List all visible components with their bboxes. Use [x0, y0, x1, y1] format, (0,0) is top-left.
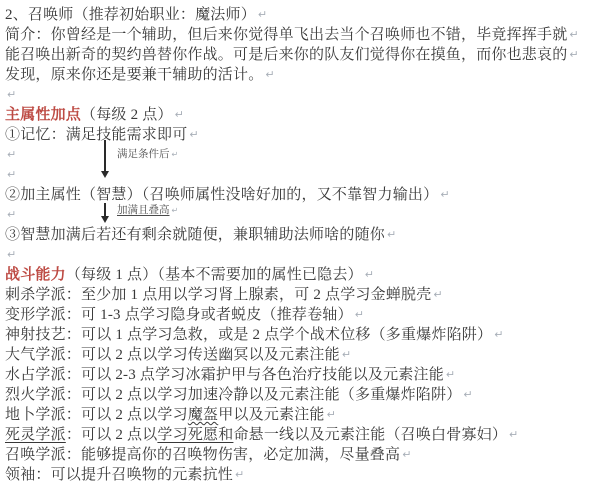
- text-segment: 变形学派：可 1-3 点学习隐身或者蜕皮（推荐卷轴）: [5, 307, 353, 323]
- paragraph-mark-icon: ↵: [440, 188, 449, 201]
- paragraph-mark-icon: ↵: [7, 248, 16, 261]
- text-line: 烈火学派：可以 2 点以学习加速冷静以及元素注能（多重爆炸陷阱）↵: [5, 385, 596, 405]
- paragraph-mark-icon: ↵: [172, 150, 179, 159]
- text-segment: 简介：你曾经是一个辅助，但后来你觉得单飞出去当个召唤师也不错，毕竟挥挥手就: [5, 27, 567, 43]
- paragraph-mark-icon: ↵: [172, 206, 179, 215]
- text-segment: 能召唤出新奇的契约兽替你作战。可是后来你的队友们觉得你在摸鱼，而你也悲哀的: [5, 47, 567, 63]
- paragraph-mark-icon: ↵: [7, 88, 16, 101]
- paragraph-mark-icon: ↵: [494, 328, 503, 341]
- document-page: 2、召唤师（推荐初始职业：魔法师）↵简介：你曾经是一个辅助，但后来你觉得单飞出去…: [0, 0, 600, 483]
- text-line: 大气学派：可以 2 点以学习传送幽冥以及元素注能↵: [5, 345, 596, 365]
- flow-arrow-down-icon: [104, 203, 106, 223]
- text-segment: 水占学派：可以 2-3 点学习冰霜护甲与各色治疗技能以及元素注能: [5, 367, 444, 383]
- text-segment: 命悬一线以及元素注能（召唤白骨寡妇）: [233, 427, 507, 443]
- paragraph-mark-icon: ↵: [569, 48, 578, 61]
- paragraph-mark-icon: ↵: [463, 388, 472, 401]
- arrow1-label-text: 满足条件后: [117, 149, 170, 160]
- text-line: 2、召唤师（推荐初始职业：魔法师）↵: [5, 5, 596, 25]
- paragraph-mark-icon: ↵: [365, 268, 374, 281]
- text-segment: 大气学派：可以 2 点以学习传送幽冥以及元素注能: [5, 347, 340, 363]
- paragraph-mark-icon: ↵: [189, 128, 198, 141]
- flow-arrow-down-icon: [104, 140, 106, 178]
- text-segment: ③智慧加满后若还有剩余就随便，兼职辅助法师啥的随你: [5, 227, 385, 243]
- text-segment: 烈火学派：可以 2 点以学习加速冷静以及元素注能（多重爆炸陷阱）: [5, 387, 461, 403]
- text-segment: ②加主属性（智慧）（召唤师属性没啥好加的，又不靠智力输出）: [5, 187, 438, 203]
- text-segment: 发现，原来你还是要兼干辅助的活计。: [5, 67, 263, 83]
- text-segment: 甲以及元素注能: [218, 407, 324, 423]
- arrow1-label: 满足条件后↵: [117, 148, 178, 161]
- text-segment: 刺杀学派：至少加 1 点用以学习肾上腺素，可 2 点学习金蝉脱壳: [5, 287, 431, 303]
- text-line: 刺杀学派：至少加 1 点用以学习肾上腺素，可 2 点学习金蝉脱壳↵: [5, 285, 596, 305]
- paragraph-mark-icon: ↵: [387, 228, 396, 241]
- text-line: 地卜学派：可以 2 点以学习魔盔甲以及元素注能↵: [5, 405, 596, 425]
- text-line: 能召唤出新奇的契约兽替你作战。可是后来你的队友们觉得你在摸鱼，而你也悲哀的↵: [5, 45, 596, 65]
- text-segment: ①记忆：满足技能需求即可: [5, 127, 187, 143]
- text-line: 战斗能力（每级 1 点）（基本不需要加的属性已隐去）↵: [5, 265, 596, 285]
- text-line: ↵: [5, 245, 596, 265]
- text-line: ↵: [5, 145, 596, 165]
- paragraph-mark-icon: ↵: [7, 168, 16, 181]
- text-line: ③智慧加满后若还有剩余就随便，兼职辅助法师啥的随你↵: [5, 225, 596, 245]
- paragraph-mark-icon: ↵: [569, 28, 578, 41]
- text-segment: （每级 2 点）: [81, 107, 173, 123]
- text-line: ↵: [5, 205, 596, 225]
- text-line: 死灵学派：可以 2 点以学习死愿和命悬一线以及元素注能（召唤白骨寡妇）↵: [5, 425, 596, 445]
- paragraph-mark-icon: ↵: [446, 368, 455, 381]
- paragraph-mark-icon: ↵: [355, 308, 364, 321]
- text-line: ↵: [5, 85, 596, 105]
- paragraph-mark-icon: ↵: [433, 288, 442, 301]
- text-line: ②加主属性（智慧）（召唤师属性没啥好加的，又不靠智力输出）↵: [5, 185, 596, 205]
- section-heading: 主属性加点: [5, 107, 81, 123]
- text-line: 主属性加点（每级 2 点）↵: [5, 105, 596, 125]
- text-segment: 领袖：可以提升召唤物的元素抗性: [5, 467, 233, 483]
- text-segment: 2、召唤师（推荐初始职业：魔法师）: [5, 7, 256, 23]
- paragraph-mark-icon: ↵: [175, 108, 184, 121]
- text-segment: ：可以 2 点以: [66, 427, 158, 443]
- paragraph-mark-icon: ↵: [342, 348, 351, 361]
- text-line: 简介：你曾经是一个辅助，但后来你觉得单飞出去当个召唤师也不错，毕竟挥挥手就↵: [5, 25, 596, 45]
- arrow2-label-text: 加满且叠高: [117, 205, 170, 216]
- paragraph-mark-icon: ↵: [327, 408, 336, 421]
- text-line: 领袖：可以提升召唤物的元素抗性↵: [5, 465, 596, 483]
- document-body: 2、召唤师（推荐初始职业：魔法师）↵简介：你曾经是一个辅助，但后来你觉得单飞出去…: [5, 5, 596, 483]
- text-segment: 地卜学派：可以 2 点以学习: [5, 407, 188, 423]
- paragraph-mark-icon: ↵: [7, 208, 16, 221]
- paragraph-mark-icon: ↵: [258, 8, 267, 21]
- paragraph-mark-icon: ↵: [235, 468, 244, 481]
- text-line: ①记忆：满足技能需求即可↵: [5, 125, 596, 145]
- text-line: 水占学派：可以 2-3 点学习冰霜护甲与各色治疗技能以及元素注能↵: [5, 365, 596, 385]
- text-segment: 魔盔: [188, 407, 218, 423]
- arrow2-label: 加满且叠高↵: [117, 204, 178, 217]
- text-line: ↵: [5, 165, 596, 185]
- paragraph-mark-icon: ↵: [7, 148, 16, 161]
- text-line: 召唤学派：能够提高你的召唤物伤害，必定加满，尽量叠高↵: [5, 445, 596, 465]
- text-segment: 神射技艺：可以 1 点学习急救，或是 2 点学个战术位移（多重爆炸陷阱）: [5, 327, 492, 343]
- paragraph-mark-icon: ↵: [265, 68, 274, 81]
- text-segment: 召唤学派：能够提高你的召唤物伤害，必定加满，尽量叠高: [5, 447, 400, 463]
- text-line: 神射技艺：可以 1 点学习急救，或是 2 点学个战术位移（多重爆炸陷阱）↵: [5, 325, 596, 345]
- paragraph-mark-icon: ↵: [509, 428, 518, 441]
- text-segment: 学习死愿和: [157, 427, 233, 443]
- text-segment: 死灵学派: [5, 427, 66, 443]
- paragraph-mark-icon: ↵: [402, 448, 411, 461]
- text-segment: （每级 1 点）（基本不需要加的属性已隐去）: [66, 267, 363, 283]
- text-line: 变形学派：可 1-3 点学习隐身或者蜕皮（推荐卷轴）↵: [5, 305, 596, 325]
- section-heading: 战斗能力: [5, 267, 66, 283]
- text-line: 发现，原来你还是要兼干辅助的活计。↵: [5, 65, 596, 85]
